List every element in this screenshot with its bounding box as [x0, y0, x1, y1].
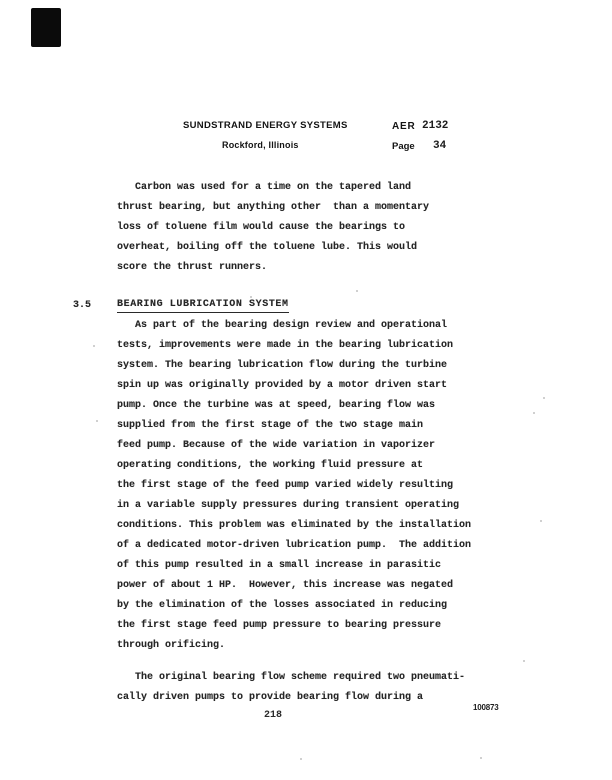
text-line: spin up was originally provided by a mot… [117, 376, 471, 396]
noise-speck [93, 345, 95, 347]
text-line: the first stage of the feed pump varied … [117, 476, 471, 496]
noise-speck [250, 296, 252, 298]
doc-id-label: AER [392, 121, 416, 132]
text-line: by the elimination of the losses associa… [117, 596, 471, 616]
noise-speck [480, 757, 482, 759]
paragraph-3: The original bearing flow scheme require… [117, 668, 465, 708]
letterhead-location: Rockford, Illinois [222, 140, 299, 150]
text-line: power of about 1 HP. However, this incre… [117, 576, 471, 596]
document-page: SUNDSTRAND ENERGY SYSTEMS Rockford, Illi… [0, 0, 612, 780]
text-line: thrust bearing, but anything other than … [117, 198, 429, 218]
stamp-number: 100873 [473, 703, 499, 712]
noise-speck [300, 758, 302, 760]
page-label: Page [392, 141, 415, 152]
text-line: cally driven pumps to provide bearing fl… [117, 688, 465, 708]
text-line: conditions. This problem was eliminated … [117, 516, 471, 536]
text-line: Carbon was used for a time on the tapere… [117, 178, 429, 198]
noise-speck [523, 660, 525, 662]
page-number-header: 34 [433, 140, 446, 152]
paragraph-1: Carbon was used for a time on the tapere… [117, 178, 429, 278]
section-title: BEARING LUBRICATION SYSTEM [117, 299, 289, 313]
text-line: overheat, boiling off the toluene lube. … [117, 238, 429, 258]
noise-speck [540, 520, 542, 522]
text-line: loss of toluene film would cause the bea… [117, 218, 429, 238]
text-line: As part of the bearing design review and… [117, 316, 471, 336]
text-line: system. The bearing lubrication flow dur… [117, 356, 471, 376]
doc-id-number: 2132 [422, 120, 448, 132]
corner-scan-mark-icon [31, 8, 61, 47]
noise-speck [533, 412, 535, 414]
section-number: 3.5 [73, 300, 91, 311]
text-line: feed pump. Because of the wide variation… [117, 436, 471, 456]
noise-speck [356, 290, 358, 292]
noise-speck [96, 420, 98, 422]
noise-speck [543, 397, 545, 399]
text-line: the first stage feed pump pressure to be… [117, 616, 471, 636]
page-number-footer: 218 [264, 706, 282, 726]
letterhead-org-name: SUNDSTRAND ENERGY SYSTEMS [183, 120, 348, 131]
text-line: tests, improvements were made in the bea… [117, 336, 471, 356]
text-line: of this pump resulted in a small increas… [117, 556, 471, 576]
text-line: operating conditions, the working fluid … [117, 456, 471, 476]
text-line: The original bearing flow scheme require… [117, 668, 465, 688]
text-line: supplied from the first stage of the two… [117, 416, 471, 436]
text-line: score the thrust runners. [117, 258, 429, 278]
paragraph-2: As part of the bearing design review and… [117, 316, 471, 656]
text-line: in a variable supply pressures during tr… [117, 496, 471, 516]
text-line: of a dedicated motor-driven lubrication … [117, 536, 471, 556]
text-line: through orificing. [117, 636, 471, 656]
text-line: pump. Once the turbine was at speed, bea… [117, 396, 471, 416]
